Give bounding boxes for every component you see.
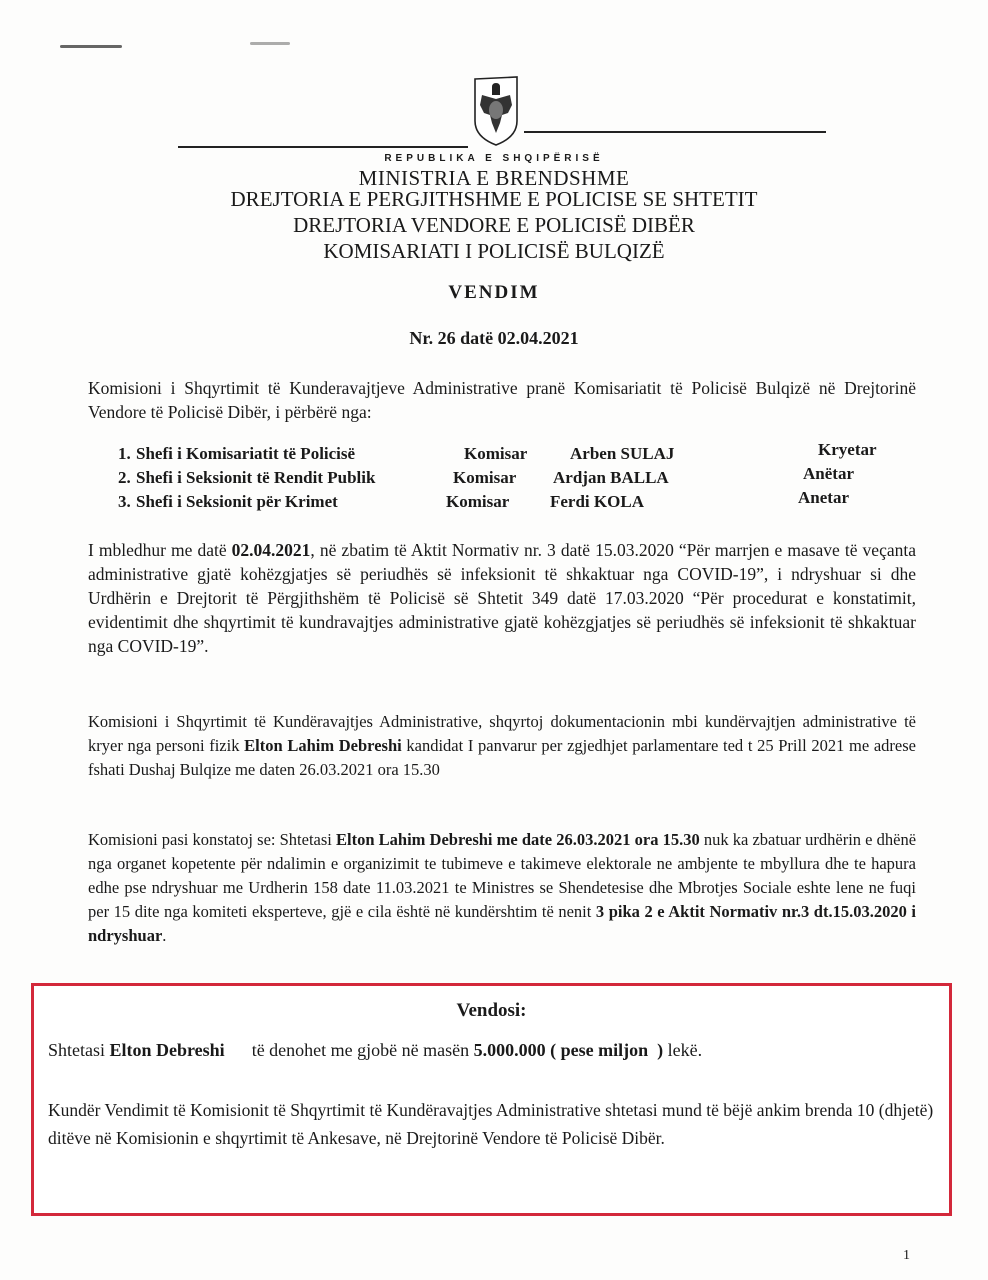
intro-paragraph: Komisioni i Shqyrtimit të Kunderavajtjev… [88,376,916,424]
member-position: Anetar [798,488,849,508]
member-role: Shefi i Seksionit për Krimet [136,492,338,512]
decision-title: Vendosi: [34,1000,949,1022]
member-name: Ardjan BALLA [553,468,669,488]
fine-amount: 5.000.000 ( pese miljon ) [474,1040,663,1060]
member-name: Ferdi KOLA [550,492,644,512]
directorate-general: DREJTORIA E PERGJITHSHME E POLICISE SE S… [0,187,988,211]
verdict-line: Shtetasi Elton Debreshi të denohet me gj… [48,1040,702,1061]
member-row: 1. Shefi i Komisariatit të Policisë Komi… [118,444,918,468]
findings-paragraph: Komisioni pasi konstatoj se: Shtetasi El… [88,828,916,948]
member-num: 3. [118,492,131,512]
document-title: VENDIM [0,282,988,304]
member-role: Shefi i Komisariatit të Policisë [136,444,355,464]
appeal-paragraph: Kundër Vendimit të Komisionit të Shqyrti… [48,1096,943,1152]
offender-name: Elton Lahim Debreshi [244,736,402,755]
member-num: 1. [118,444,131,464]
para1-prefix: I mbledhur me datë [88,540,232,560]
member-role: Shefi i Seksionit të Rendit Publik [136,468,375,488]
committee-members: 1. Shefi i Komisariatit të Policisë Komi… [118,444,918,516]
member-position: Kryetar [818,440,877,460]
member-row: 3. Shefi i Seksionit për Krimet Komisar … [118,492,918,516]
legal-basis-paragraph: I mbledhur me datë 02.04.2021, në zbatim… [88,538,916,658]
verdict-mid: të denohet me gjobë në masën [225,1040,474,1060]
review-paragraph: Komisioni i Shqyrtimit të Kundëravajtjes… [88,710,916,782]
offense-date: me date 26.03.2021 ora 15.30 [493,830,700,849]
republic-name: REPUBLIKA E SHQIPËRISË [0,153,988,164]
decision-highlight-box: Vendosi: Shtetasi Elton Debreshi të deno… [31,983,952,1216]
member-num: 2. [118,468,131,488]
para3-end: . [162,926,166,945]
header-rule-right [524,131,826,133]
para3-prefix: Komisioni pasi konstatoj se: Shtetasi [88,830,336,849]
verdict-prefix: Shtetasi [48,1040,110,1060]
verdict-end: lekë. [663,1040,702,1060]
directorate-local: DREJTORIA VENDORE E POLICISË DIBËR [0,213,988,237]
scan-mark [60,45,122,48]
page-number: 1 [903,1248,910,1264]
verdict-name: Elton Debreshi [110,1040,225,1060]
header-rule-left [178,146,468,148]
member-rank: Komisar [446,492,509,512]
meeting-date: 02.04.2021 [232,540,311,560]
member-rank: Komisar [453,468,516,488]
offender-name: Elton Lahim Debreshi [336,830,493,849]
commissariat: KOMISARIATI I POLICISË BULQIZË [0,239,988,263]
document-number: Nr. 26 datë 02.04.2021 [0,328,988,349]
member-rank: Komisar [464,444,527,464]
member-position: Anëtar [803,464,854,484]
member-name: Arben SULAJ [570,444,674,464]
albanian-eagle-emblem-icon [472,75,520,147]
scan-mark [250,42,290,45]
